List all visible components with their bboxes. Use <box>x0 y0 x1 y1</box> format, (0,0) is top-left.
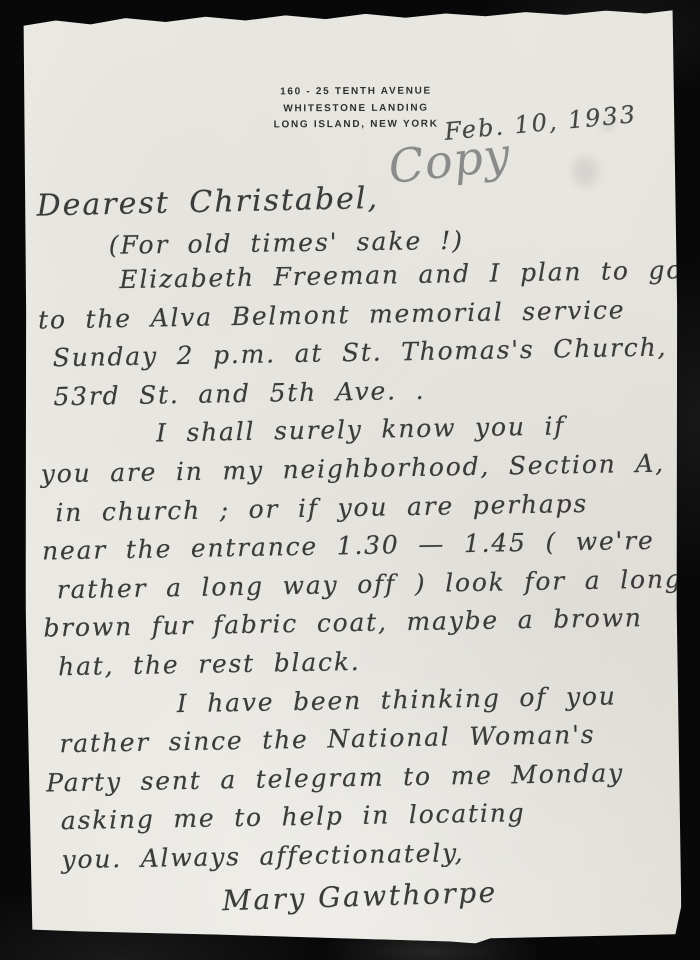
letter-body: Elizabeth Freeman and I plan to go to th… <box>27 252 678 881</box>
scan-background: { "colors": { "background": "#080808", "… <box>0 0 700 960</box>
letterhead-address-line: LONG ISLAND, NEW YORK <box>256 116 456 134</box>
letterhead-address-line: 160 - 25 TENTH AVENUE <box>256 83 456 101</box>
letter-paper: 160 - 25 TENTH AVENUE WHITESTONE LANDING… <box>16 6 683 949</box>
letterhead: 160 - 25 TENTH AVENUE WHITESTONE LANDING… <box>256 83 456 134</box>
letterhead-address-line: WHITESTONE LANDING <box>256 100 456 118</box>
salutation: Dearest Christabel, <box>36 181 379 224</box>
aside-note: (For old times' sake !) <box>109 226 465 260</box>
paper-smudge <box>572 157 598 187</box>
signature: Mary Gawthorpe <box>222 876 498 918</box>
copy-annotation: Copy <box>386 127 514 194</box>
